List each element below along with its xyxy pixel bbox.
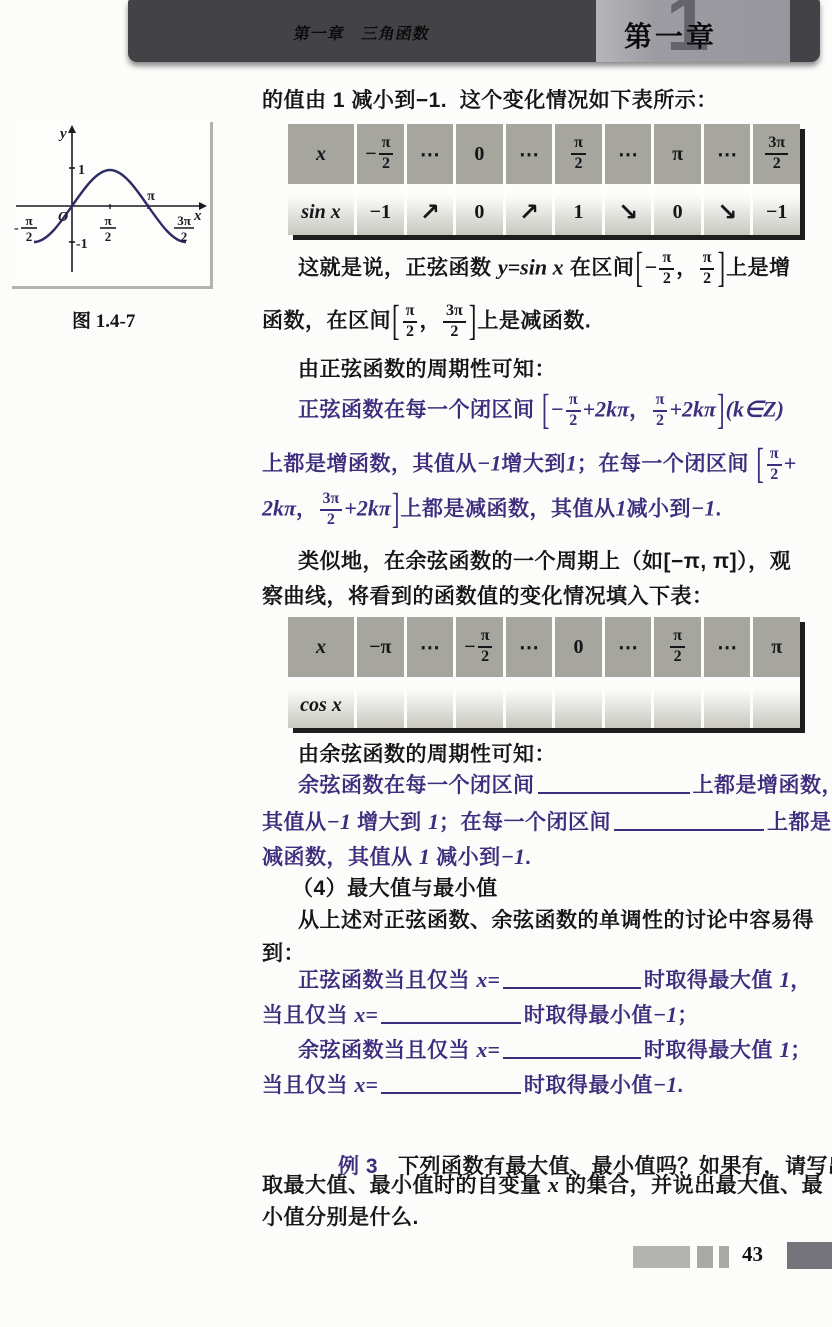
table-header-cell: −π2 xyxy=(456,617,503,677)
textbook-page: 第一章 三角函数 1 第一章 y x O 1 -1 π xyxy=(0,0,832,1327)
max-min-rule-line-1: 正弦函数当且仅当 x=时取得最大值 1， xyxy=(298,966,812,994)
text-segment: ， xyxy=(629,398,651,421)
table-value-cell xyxy=(605,682,652,728)
cosine-periodicity-line: 由余弦函数的周期性可知： xyxy=(298,742,556,768)
text-segment: 增大到 xyxy=(351,811,428,834)
text-segment: 余弦函数当且仅当 xyxy=(298,1039,476,1062)
math-segment: y xyxy=(498,254,508,279)
neg-pi2-num: π xyxy=(25,213,32,228)
sine-monotonic-rule-line-1: 正弦函数在每一个闭区间 [−π2+2kπ，π2+2kπ](k∈Z) xyxy=(298,392,784,430)
pi32-den: 2 xyxy=(181,229,188,244)
section-4-title: （4）最大值与最小值 xyxy=(292,876,498,902)
table-header-cell: ⋯ xyxy=(605,124,652,184)
text-segment: ， xyxy=(419,309,441,332)
fraction: 3π2 xyxy=(443,303,466,341)
tick-pi-label: π xyxy=(147,189,155,204)
table-value-cell: ↗ xyxy=(407,189,454,235)
math-segment: −1 xyxy=(477,450,501,475)
text-segment: 减函数，其值从 xyxy=(262,846,419,869)
table-header-cell: 0 xyxy=(555,617,602,677)
text-segment: 时取得最小值 xyxy=(524,1004,653,1027)
fraction: π2 xyxy=(659,250,674,288)
text-segment: ； xyxy=(790,1039,812,1062)
table-value-row: cos x xyxy=(288,682,800,728)
sine-periodicity-line: 由正弦函数的周期性可知： xyxy=(298,357,556,383)
bracket: ] xyxy=(717,385,725,438)
bracket: ] xyxy=(717,243,725,296)
table-header-cell: π xyxy=(654,124,701,184)
footer-decoration-bar-2 xyxy=(697,1246,713,1268)
table-value-cell xyxy=(753,682,800,728)
pi2-num: π xyxy=(104,213,111,228)
table-value-cell: 1 xyxy=(555,189,602,235)
math-segment: + xyxy=(784,450,797,475)
text-segment: 减小到 xyxy=(627,497,692,520)
fraction: π2 xyxy=(403,303,418,341)
y-axis-label: y xyxy=(58,126,67,142)
table-header-cell: ⋯ xyxy=(407,617,454,677)
fraction: π2 xyxy=(653,392,668,430)
math-segment: +2kπ xyxy=(344,495,391,520)
table-header-cell: 0 xyxy=(456,124,503,184)
math-segment: x= xyxy=(354,1002,378,1027)
math-segment: +2kπ xyxy=(583,396,630,421)
math-segment: −1 xyxy=(653,1072,677,1097)
tick-neg1-label: -1 xyxy=(76,237,88,252)
text-segment: 正弦函数在每一个闭区间 xyxy=(298,398,541,421)
bracket: [ xyxy=(392,296,400,349)
math-segment: x= xyxy=(354,1072,378,1097)
bracket: ] xyxy=(392,484,400,537)
math-segment: − xyxy=(644,254,657,279)
footer-decoration-bar-1 xyxy=(633,1246,690,1268)
math-segment: x= xyxy=(476,967,500,992)
tick-1-label: 1 xyxy=(78,163,85,178)
math-segment: 1 xyxy=(779,1037,790,1062)
text-segment: 上都是 xyxy=(767,811,832,834)
text-segment: 函数，在区间 xyxy=(262,309,391,332)
table-value-cell: ↘ xyxy=(704,189,751,235)
text-segment: 其值从 xyxy=(262,811,327,834)
text-segment: 减小到 xyxy=(430,846,501,869)
bracket: [ xyxy=(542,385,550,438)
bracket: ] xyxy=(469,296,477,349)
math-segment: sin x xyxy=(520,254,563,279)
table-value-cell xyxy=(456,682,503,728)
text-segment: ；在每一个闭区间 xyxy=(439,811,611,834)
text-segment: ， xyxy=(296,497,318,520)
table-value-cell: sin x xyxy=(288,189,354,235)
text-segment: ；在每一个闭区间 xyxy=(577,452,755,475)
sine-monotonic-rule-line-3: 2kπ，3π2+2kπ]上都是减函数，其值从1减小到−1. xyxy=(262,491,722,529)
table-value-cell xyxy=(357,682,404,728)
text-segment: 正弦函数当且仅当 xyxy=(298,969,476,992)
table-header-cell: ⋯ xyxy=(506,617,553,677)
math-segment: 1 xyxy=(779,967,790,992)
text-segment: 的集合，并说出最大值、最 xyxy=(559,1174,823,1197)
sine-interval-line-2: 函数，在区间[π2，3π2]上是减函数. xyxy=(262,303,591,341)
math-segment: 1 xyxy=(428,809,439,834)
fraction: 3π2 xyxy=(320,491,343,529)
cosine-intro-line-2: 察曲线，将看到的函数值的变化情况填入下表： xyxy=(262,584,714,610)
figure-caption: 图 1.4-7 xyxy=(72,306,135,333)
math-segment: −1 xyxy=(691,495,715,520)
table-header-cell: x xyxy=(288,617,354,677)
text-segment: 当且仅当 xyxy=(262,1074,354,1097)
table-header-cell: π2 xyxy=(555,124,602,184)
fraction: π2 xyxy=(767,446,782,484)
cosine-rule-line-1: 余弦函数在每一个闭区间上都是增函数， xyxy=(298,773,832,799)
pi32-num: 3π xyxy=(177,213,191,228)
math-segment: −1 xyxy=(653,1002,677,1027)
table-header-cell: ⋯ xyxy=(407,124,454,184)
table-value-cell: −1 xyxy=(357,189,404,235)
cosine-rule-line-3: 减函数，其值从 1 减小到−1. xyxy=(262,843,531,871)
fill-in-blank xyxy=(503,982,641,989)
math-segment: = xyxy=(508,254,521,279)
table-value-cell xyxy=(407,682,454,728)
text-segment: 余弦函数在每一个闭区间 xyxy=(298,774,535,797)
text-segment: 上都是减函数，其值从 xyxy=(401,497,616,520)
text-segment: 增大到 xyxy=(501,452,566,475)
cosine-intro-line-1: 类似地，在余弦函数的一个周期上（如[−π, π]），观 xyxy=(298,549,791,575)
sine-variation-table: x−π2⋯0⋯π2⋯π⋯3π2sin x−1↗0↗1↘0↘−1 xyxy=(288,124,800,235)
math-segment: 1 xyxy=(566,450,577,475)
figure-sine-curve: y x O 1 -1 π - π 2 π 2 3π 2 xyxy=(12,122,213,289)
table-header-cell: π xyxy=(753,617,800,677)
fill-in-blank xyxy=(614,824,764,831)
text-segment: ， xyxy=(676,256,698,279)
text-segment: 这就是说，正弦函数 xyxy=(298,256,498,279)
table-header-cell: ⋯ xyxy=(704,617,751,677)
footer-decoration-bar-4 xyxy=(787,1242,832,1269)
x-axis-label: x xyxy=(193,208,202,224)
text-segment: 上都是增函数， xyxy=(693,774,832,797)
table-header-cell: ⋯ xyxy=(605,617,652,677)
cosine-rule-line-2: 其值从−1 增大到 1；在每一个闭区间上都是 xyxy=(262,808,832,836)
neg-pi2-den: 2 xyxy=(26,229,33,244)
example-3-line-3: 小值分别是什么. xyxy=(262,1205,419,1231)
text-segment: 上是增 xyxy=(726,256,791,279)
table-value-cell xyxy=(555,682,602,728)
page-number: 43 xyxy=(742,1242,763,1267)
math-segment: x xyxy=(548,1172,559,1197)
text-segment: 在区间 xyxy=(564,256,635,279)
text-segment: . xyxy=(677,1074,683,1097)
table-value-cell: cos x xyxy=(288,682,354,728)
table-value-cell xyxy=(704,682,751,728)
pi2-den: 2 xyxy=(105,229,112,244)
table-value-cell xyxy=(506,682,553,728)
table-value-row: sin x−1↗0↗1↘0↘−1 xyxy=(288,189,800,235)
table-header-cell: −π2 xyxy=(357,124,404,184)
math-segment: x= xyxy=(476,1037,500,1062)
text-segment: . xyxy=(715,497,721,520)
table-header-row: x−π⋯−π2⋯0⋯π2⋯π xyxy=(288,617,800,677)
math-segment: −1 xyxy=(501,844,525,869)
from-above-line-1: 从上述对正弦函数、余弦函数的单调性的讨论中容易得 xyxy=(298,908,814,934)
math-segment: (k∈Z) xyxy=(726,396,784,421)
text-segment: 当且仅当 xyxy=(262,1004,354,1027)
bracket: [ xyxy=(756,439,764,492)
max-min-rule-line-4: 当且仅当 x=时取得最小值−1. xyxy=(262,1071,684,1099)
table-value-cell: 0 xyxy=(654,189,701,235)
fraction: π2 xyxy=(566,392,581,430)
math-segment: 1 xyxy=(616,495,627,520)
table-value-cell: ↘ xyxy=(605,189,652,235)
fill-in-blank xyxy=(538,787,690,794)
max-min-rule-line-2: 当且仅当 x=时取得最小值−1； xyxy=(262,1001,699,1029)
text-segment: 取最大值、最小值时的自变量 xyxy=(262,1174,548,1197)
origin-label: O xyxy=(58,210,68,225)
text-segment: 上是减函数. xyxy=(477,309,591,332)
math-segment: 1 xyxy=(419,844,430,869)
table-header-cell: x xyxy=(288,124,354,184)
max-min-rule-line-3: 余弦函数当且仅当 x=时取得最大值 1； xyxy=(298,1036,812,1064)
intro-line: 的值由 1 减小到−1. 这个变化情况如下表所示： xyxy=(262,88,718,114)
fill-in-blank xyxy=(381,1087,521,1094)
math-segment: +2kπ xyxy=(669,396,716,421)
table-header-cell: ⋯ xyxy=(506,124,553,184)
sine-interval-line-1: 这就是说，正弦函数 y=sin x 在区间[−π2，π2]上是增 xyxy=(298,250,791,288)
bracket: [ xyxy=(635,243,643,296)
table-header-cell: ⋯ xyxy=(704,124,751,184)
sine-plot: y x O 1 -1 π - π 2 π 2 3π 2 xyxy=(12,122,207,283)
text-segment: 时取得最大值 xyxy=(644,969,779,992)
text-segment: ， xyxy=(790,969,812,992)
table-value-cell: ↗ xyxy=(506,189,553,235)
text-segment: . xyxy=(525,846,531,869)
table-value-cell: −1 xyxy=(753,189,800,235)
table-header-row: x−π2⋯0⋯π2⋯π⋯3π2 xyxy=(288,124,800,184)
main-text-column: 的值由 1 减小到−1. 这个变化情况如下表所示： x−π2⋯0⋯π2⋯π⋯3π… xyxy=(262,0,822,1327)
text-segment: 时取得最小值 xyxy=(524,1074,653,1097)
math-segment: 2kπ xyxy=(262,495,296,520)
cosine-variation-table: x−π⋯−π2⋯0⋯π2⋯πcos x xyxy=(288,617,800,728)
math-segment: − xyxy=(551,396,564,421)
table-header-cell: π2 xyxy=(654,617,701,677)
text-segment: 时取得最大值 xyxy=(644,1039,779,1062)
neg-sign: - xyxy=(14,221,19,236)
sine-monotonic-rule-line-2: 上都是增函数，其值从−1增大到1；在每一个闭区间 [π2+ xyxy=(262,446,796,484)
fill-in-blank xyxy=(503,1052,641,1059)
table-header-cell: 3π2 xyxy=(753,124,800,184)
footer-decoration-bar-3 xyxy=(719,1246,729,1268)
table-value-cell xyxy=(654,682,701,728)
fill-in-blank xyxy=(381,1017,521,1024)
text-segment: 上都是增函数，其值从 xyxy=(262,452,477,475)
example-3-line-2: 取最大值、最小值时的自变量 x 的集合，并说出最大值、最 xyxy=(262,1171,823,1199)
from-above-line-2: 到： xyxy=(262,941,305,967)
table-header-cell: −π xyxy=(357,617,404,677)
table-value-cell: 0 xyxy=(456,189,503,235)
fraction: π2 xyxy=(700,250,715,288)
text-segment: ； xyxy=(677,1004,699,1027)
math-segment: −1 xyxy=(327,809,351,834)
